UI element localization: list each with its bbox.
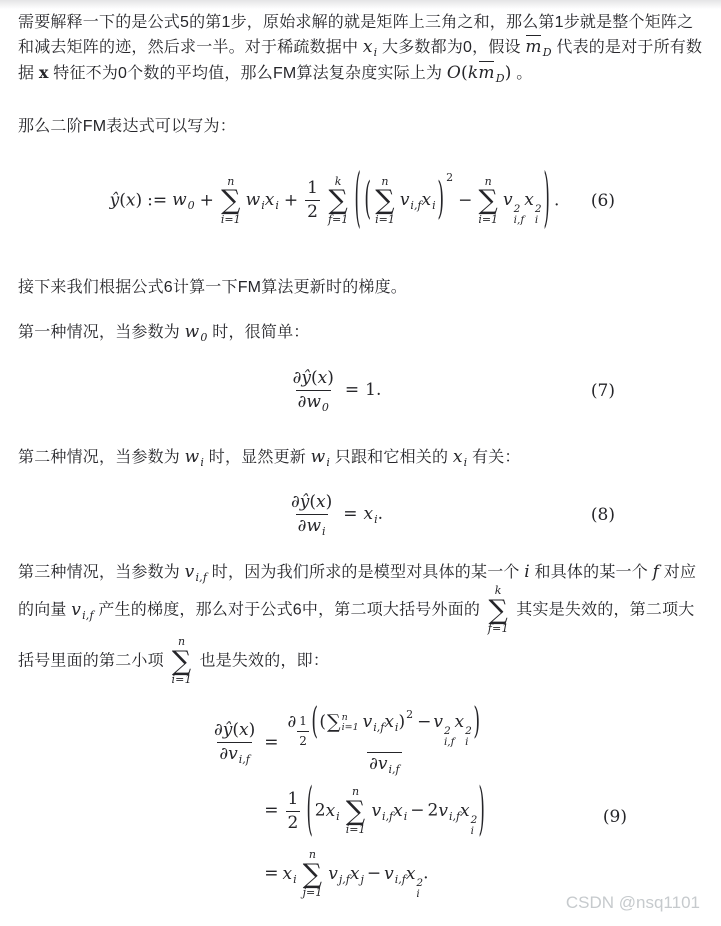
paragraph-formula5-explanation: 需要解释一下的是公式5的第1步，原始求解的就是矩阵上三角之和，那么第1步就是整个…	[18, 10, 703, 86]
math-subscripted: xi	[265, 190, 279, 210]
text-run: 。	[512, 65, 533, 82]
math-fraction: ∂ŷ(x)∂wi	[289, 493, 334, 536]
math-subscript: i,f	[195, 571, 207, 584]
text-run: 第三种情况，当参数为	[18, 564, 185, 581]
math-operator: 1	[307, 178, 318, 198]
summation: n∑i=1	[346, 786, 366, 837]
math-var: ∂	[369, 754, 378, 774]
math-var: ∂ŷ	[214, 720, 232, 740]
math-subscripted: xj	[350, 864, 364, 884]
math-fraction: ∂ŷ(x)∂w0	[291, 369, 336, 412]
math-var: O	[447, 63, 461, 83]
formula-9: ∂ŷ(x)∂vi,f=∂12((∑ni=1vi,fxi)2−v2i,fx2i)∂…	[18, 711, 703, 901]
fraction-numerator: ∂ŷ(x)	[291, 369, 336, 390]
math-subscript: i,f	[82, 609, 94, 622]
math-var: v	[378, 754, 388, 774]
summation: n∑i=1	[221, 176, 241, 227]
equation-rhs: =∂12((∑ni=1vi,fxi)2−v2i,fx2i)∂vi,f	[260, 712, 486, 774]
math-var: w	[185, 447, 200, 467]
text-run: 第二种情况，当参数为	[18, 449, 185, 466]
math-operator: =	[343, 504, 357, 524]
text-run: 也是失效的，即：	[195, 653, 329, 670]
fraction-denominator: ∂wi	[296, 514, 328, 537]
paren: (	[307, 783, 313, 840]
paragraph-case1: 第一种情况，当参数为 w0 时，很简单：	[18, 320, 703, 345]
sum-lower-limit: f=1	[488, 623, 509, 636]
math-operator: .	[423, 864, 428, 884]
math-operator: +	[200, 190, 214, 210]
math-subscripted: wi	[311, 445, 330, 470]
equation-number: (6)	[591, 191, 615, 211]
paren: )	[437, 179, 444, 223]
math-operator: 2	[299, 734, 307, 748]
text-run: 接下来我们根据公式6计算一下FM算法更新时的梯度。	[18, 279, 407, 296]
math-supsub: x2i	[406, 864, 423, 900]
math-fraction: ∂12((∑ni=1vi,fxi)2−v2i,fx2i)∂vi,f	[286, 712, 484, 774]
math-subscripted: wi	[246, 190, 265, 210]
equation-body: ∂ŷ(x)∂vi,f=∂12((∑ni=1vi,fxi)2−v2i,fx2i)∂…	[182, 706, 487, 906]
equation-row: ∂ŷ(x)∂wi=xi.	[286, 493, 383, 536]
math-var: v	[185, 562, 195, 582]
sigma-icon: ∑	[479, 188, 498, 214]
summation: n∑i=1	[171, 636, 191, 687]
math-var: x	[265, 190, 275, 210]
math-subscript: i	[535, 215, 538, 226]
math-operator: −	[367, 864, 381, 884]
text-run: 有关：	[467, 449, 520, 466]
math-var-overline: m	[525, 35, 541, 60]
sigma-icon: ∑	[328, 188, 347, 214]
math-var: v	[228, 744, 238, 764]
math-operator: )	[326, 492, 333, 512]
equation-row: ∂ŷ(x)∂w0=1.	[288, 369, 382, 412]
summation: k∑f=1	[328, 176, 348, 227]
math-var: x	[350, 864, 360, 884]
math-operator: (	[311, 368, 318, 388]
math-var: ŷ	[110, 190, 120, 210]
math-operator: .	[554, 190, 559, 210]
sum-lower-limit: i=1	[346, 824, 366, 837]
math-subscript: i	[336, 810, 340, 823]
equation-row: ŷ(x):=w0+n∑i=1wixi+12k∑f=1((n∑i=1vi,fxi)…	[110, 176, 560, 227]
math-var: w	[185, 322, 200, 342]
math-operator: )	[249, 720, 256, 740]
fraction-denominator: 2	[286, 811, 301, 834]
article-body: 需要解释一下的是公式5的第1步，原始求解的就是矩阵上三角之和，那么第1步就是整个…	[0, 0, 721, 901]
fraction-numerator: 1	[286, 790, 301, 811]
math-fraction: 12	[305, 179, 320, 222]
math-operator: =	[264, 732, 278, 752]
equation-row: =12(2xin∑i=1vi,fxi−2vi,fx2i)	[182, 786, 487, 837]
paren: (	[364, 179, 371, 223]
math-var: x	[524, 190, 534, 210]
math-var: x	[326, 801, 336, 821]
math-supsub: v2i,f	[433, 713, 454, 748]
math-var: v	[503, 190, 513, 210]
math-subscript: i,f	[382, 810, 393, 823]
sigma-icon: ∑	[303, 862, 322, 888]
text-run: 时，显然更新	[204, 449, 311, 466]
math-subscripted: vi,f	[185, 560, 208, 585]
math-var: ∂	[288, 712, 297, 732]
math-var: x	[283, 864, 293, 884]
math-operator: )	[135, 190, 142, 210]
math-fraction: 12	[286, 790, 301, 833]
math-subscripted: vi,f	[71, 598, 94, 623]
math-subscript: i	[322, 525, 326, 538]
math-operator: (	[461, 63, 468, 83]
math-supsub: x2i	[455, 713, 472, 748]
text-run: 时，因为我们所求的是模型对具体的某一个	[207, 564, 524, 581]
math-var: v	[400, 190, 410, 210]
math-subscripted: vi,f	[228, 745, 250, 765]
math-subscripted: wi	[306, 517, 325, 537]
text-run: 产生的梯度，那么对于公式6中，第二项大括号外面的	[94, 602, 485, 619]
sigma-icon: ∑	[375, 188, 394, 214]
text-run: 特征不为0个数的平均值，那么FM算法复杂度实际上为	[49, 65, 447, 82]
math-operator: .	[378, 504, 383, 524]
text-run: 大多数都为0，假设	[377, 39, 525, 56]
top-scroll-shadow	[0, 0, 721, 9]
sum-lower-limit: i=1	[171, 674, 191, 687]
math-operator: :=	[147, 190, 167, 210]
math-subscripted: wi	[185, 445, 204, 470]
text-run: 时，很简单：	[208, 324, 310, 341]
equation-row: =xin∑j=1vj,fxj−vi,fx2i.	[182, 849, 428, 900]
math-operator: =	[264, 864, 278, 884]
fraction-numerator: ∂12((∑ni=1vi,fxi)2−v2i,fx2i)	[286, 712, 484, 752]
math-fraction: ∂ŷ(x)∂vi,f	[212, 721, 257, 764]
math-var: x	[384, 712, 394, 732]
math-subscript: i	[416, 889, 419, 900]
math-subscripted: xi	[363, 35, 378, 60]
math-var: v	[371, 801, 381, 821]
text-run: 第一种情况，当参数为	[18, 324, 185, 341]
text-run: 只跟和它相关的	[330, 449, 453, 466]
math-subscript: D	[543, 46, 552, 59]
math-var: x	[316, 492, 326, 512]
sigma-icon: ∑	[221, 188, 240, 214]
formula-7: ∂ŷ(x)∂w0=1.(7)	[18, 359, 703, 423]
math-var: x	[460, 801, 470, 821]
math-subscript: i	[293, 873, 297, 886]
math-subscript: i	[471, 826, 474, 837]
math-operator: )	[505, 63, 512, 83]
math-scripts: 2i	[535, 204, 542, 226]
math-subscript: i,f	[410, 199, 421, 212]
sum-lower-limit: i=1	[221, 214, 241, 227]
sum-lower-limit: i=1	[478, 214, 498, 227]
math-subscripted: vj,f	[328, 864, 350, 884]
math-subscripted: vi,f	[384, 864, 406, 884]
summation: n∑i=1	[478, 176, 498, 227]
watermark: CSDN @nsq1101	[566, 893, 700, 913]
math-var: x	[455, 712, 465, 732]
equation-body: ∂ŷ(x)∂wi=xi.	[286, 493, 383, 536]
math-subscript: i	[432, 199, 436, 212]
math-operator: 2	[307, 202, 318, 222]
math-operator: 2	[315, 801, 326, 821]
formula-6: ŷ(x):=w0+n∑i=1wixi+12k∑f=1((n∑i=1vi,fxi)…	[18, 153, 703, 249]
math-var: x	[422, 190, 432, 210]
math-supsub: v2i,f	[503, 190, 524, 226]
sigma-icon: ∑	[172, 649, 191, 675]
math-var: x	[239, 720, 249, 740]
math-operator: 2	[428, 801, 439, 821]
math-subscripted: w0	[306, 393, 329, 413]
math-subscripted: xi	[364, 504, 378, 524]
math-var: x	[453, 447, 463, 467]
sigma-icon: ∑	[346, 799, 365, 825]
sum-lower-limit: f=1	[328, 214, 348, 227]
math-var: ∂ŷ	[293, 368, 311, 388]
math-operator: =	[264, 801, 278, 821]
math-operator: −	[417, 712, 431, 732]
math-subscript: 0	[188, 199, 195, 212]
sigma-icon: ∑	[488, 598, 507, 624]
math-var: ∂	[298, 516, 307, 536]
equation-number: (8)	[591, 505, 615, 525]
text-run: 那么二阶FM表达式可以写为：	[18, 118, 236, 135]
paragraph-case3: 第三种情况，当参数为 vi,f 时，因为我们所求的是模型对具体的某一个 i 和具…	[18, 560, 703, 687]
math-supsub: x2i	[460, 801, 477, 837]
summation-inline: ∑ni=1	[327, 713, 359, 733]
math-operator: 1	[288, 789, 299, 809]
math-var: w	[311, 447, 326, 467]
math-var: x	[364, 504, 374, 524]
math-subscripted: xi	[453, 445, 468, 470]
math-var: v	[384, 864, 394, 884]
math-var: x	[406, 864, 416, 884]
fraction-denominator: ∂vi,f	[217, 742, 252, 765]
paragraph-gradient-intro: 接下来我们根据公式6计算一下FM算法更新时的梯度。	[18, 275, 703, 300]
equation-row: ∂ŷ(x)∂vi,f=∂12((∑ni=1vi,fxi)2−v2i,fx2i)∂…	[182, 712, 486, 774]
math-var: x	[318, 368, 328, 388]
math-subscripted: w0	[172, 190, 195, 210]
summation: k∑f=1	[488, 585, 509, 636]
equation-number: (7)	[591, 381, 615, 401]
math-operator: −	[458, 190, 472, 210]
math-var: w	[306, 516, 321, 536]
math-var: ∂ŷ	[291, 492, 309, 512]
math-scripts: ni=1	[342, 713, 359, 733]
math-operator: (	[319, 712, 326, 732]
sum-lower-limit: i=1	[342, 723, 359, 733]
math-operator: 1	[299, 714, 307, 728]
paren: (	[311, 704, 318, 740]
paren: (	[355, 169, 361, 234]
paragraph-case2: 第二种情况，当参数为 wi 时，显然更新 wi 只跟和它相关的 xi 有关：	[18, 445, 703, 470]
math-subscripted: xi	[393, 801, 407, 821]
math-var: v	[438, 801, 448, 821]
math-operator: −	[410, 801, 424, 821]
math-var: v	[71, 600, 81, 620]
math-supsub: x2i	[524, 190, 541, 226]
math-var: x	[393, 801, 403, 821]
math-subscripted: xi	[326, 801, 340, 821]
math-fraction: 12	[297, 712, 309, 751]
math-var: x	[363, 37, 373, 57]
equation-rhs: =12(2xin∑i=1vi,fxi−2vi,fx2i)	[260, 786, 487, 837]
text-run: 和具体的某一个	[530, 564, 653, 581]
math-operator: 1.	[365, 380, 381, 400]
math-overlined: mD	[478, 61, 504, 86]
math-subscript: j,f	[339, 873, 350, 886]
math-subscripted: xi	[384, 713, 398, 733]
math-subscript: j	[360, 873, 363, 886]
math-var: k	[468, 63, 479, 83]
math-operator: +	[284, 190, 298, 210]
fraction-numerator: ∂ŷ(x)	[289, 493, 334, 514]
math-subscript: D	[496, 72, 505, 85]
math-scripts: 2i	[465, 726, 472, 748]
fraction-denominator: 2	[305, 200, 320, 223]
fraction-denominator: ∂vi,f	[367, 752, 402, 775]
math-subscript: i,f	[444, 737, 455, 748]
math-var-overline: m	[478, 61, 494, 86]
math-subscripted: w0	[185, 320, 208, 345]
paren: )	[543, 169, 549, 234]
math-subscript: i,f	[395, 873, 406, 886]
math-subscripted: vi,f	[400, 190, 422, 210]
math-operator: )	[327, 368, 334, 388]
math-var: w	[172, 190, 187, 210]
fraction-numerator: 1	[297, 712, 309, 731]
equation-number: (9)	[603, 807, 627, 827]
fraction-numerator: ∂ŷ(x)	[212, 721, 257, 742]
math-scripts: 2i,f	[444, 726, 455, 748]
math-operator: (	[119, 190, 126, 210]
sum-lower-limit: i=1	[375, 214, 395, 227]
math-subscript: 0	[322, 401, 329, 414]
summation: n∑j=1	[303, 849, 323, 900]
math-operator: )	[398, 712, 405, 732]
math-var: v	[328, 864, 338, 884]
math-subscripted: xi	[283, 864, 297, 884]
math-var: w	[246, 190, 261, 210]
fraction-numerator: 1	[305, 179, 320, 200]
math-scripts: 2i,f	[514, 204, 525, 226]
math-var: v	[363, 712, 373, 732]
equation-lhs: ∂ŷ(x)∂vi,f	[182, 721, 260, 764]
math-scripts: 2i	[471, 815, 478, 837]
paren: )	[473, 704, 480, 740]
math-subscript: 0	[200, 331, 207, 344]
math-subscript: i	[465, 737, 468, 748]
math-subscript: i,f	[449, 810, 460, 823]
math-subscript: i,f	[389, 763, 400, 776]
formula-8: ∂ŷ(x)∂wi=xi.(8)	[18, 484, 703, 546]
math-subscripted: xi	[422, 190, 436, 210]
equation-body: ∂ŷ(x)∂w0=1.	[288, 369, 382, 412]
math-var: v	[433, 712, 443, 732]
sum-lower-limit: j=1	[303, 887, 323, 900]
math-vector: x	[39, 63, 49, 82]
sigma-icon: ∑	[327, 713, 341, 732]
math-operator: 2	[288, 813, 299, 833]
math-subscript: i,f	[514, 215, 525, 226]
math-var: w	[306, 392, 321, 412]
fraction-denominator: ∂w0	[296, 390, 331, 413]
math-var: ∂	[219, 744, 228, 764]
math-subscripted: vi,f	[438, 801, 460, 821]
equation-rhs: =xin∑j=1vj,fxj−vi,fx2i.	[260, 849, 428, 900]
math-subscripted: vi,f	[363, 713, 385, 733]
math-operator: =	[345, 380, 359, 400]
math-subscripted: vi,f	[371, 801, 393, 821]
math-subscript: i,f	[239, 753, 250, 766]
equation-body: ŷ(x):=w0+n∑i=1wixi+12k∑f=1((n∑i=1vi,fxi)…	[110, 176, 560, 227]
math-subscript: i,f	[373, 721, 384, 734]
math-overlined: mD	[525, 35, 551, 60]
fraction-denominator: 2	[297, 731, 309, 750]
math-subscript: i	[404, 810, 408, 823]
paren: )	[479, 783, 485, 840]
math-subscripted: vi,f	[378, 755, 400, 775]
math-subscript: i	[275, 199, 279, 212]
math-var: ∂	[298, 392, 307, 412]
summation: n∑i=1	[375, 176, 395, 227]
paragraph-second-order-fm-intro: 那么二阶FM表达式可以写为：	[18, 114, 703, 139]
